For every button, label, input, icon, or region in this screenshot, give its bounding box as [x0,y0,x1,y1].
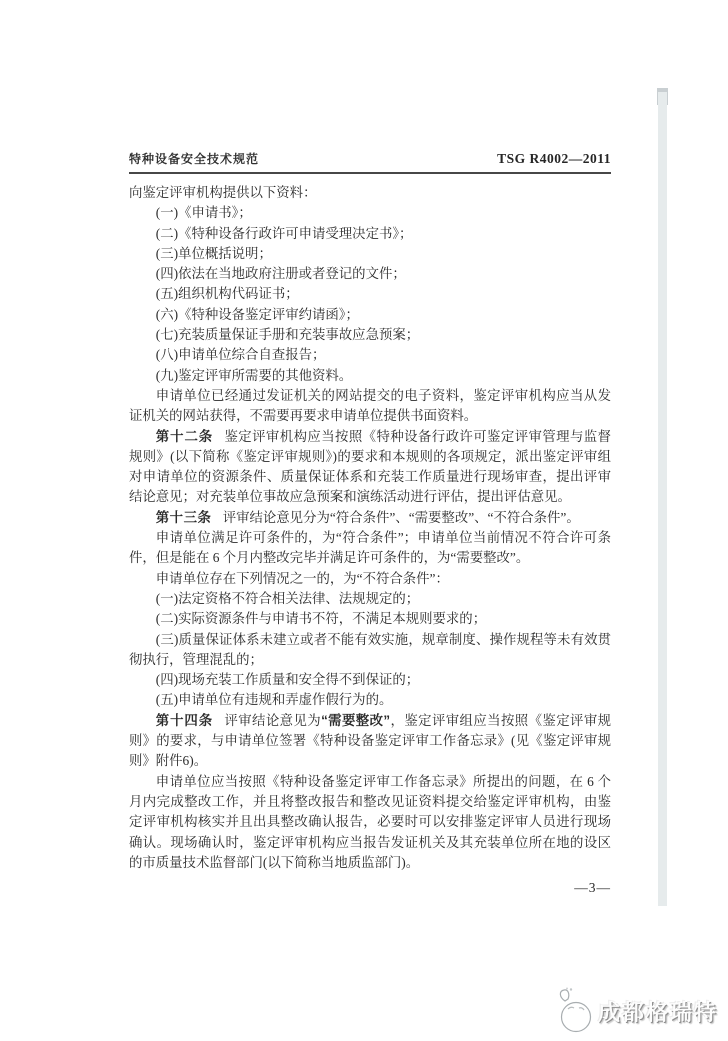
header-rule [129,172,611,174]
list-item: (九)鉴定评审所需要的其他资料。 [129,366,611,386]
header-code: TSG R4002—2011 [497,151,611,167]
document-body: 向鉴定评审机构提供以下资料： (一)《申请书》； (二)《特种设备行政许可申请受… [129,183,611,898]
document-page: 特种设备安全技术规范 TSG R4002—2011 向鉴定评审机构提供以下资料：… [129,150,611,898]
list-item: (四)依法在当地政府注册或者登记的文件； [129,264,611,284]
panda-mascot-icon [555,987,593,1035]
list-item: (二)实际资源条件与申请书不符，不满足本规则要求的； [129,609,611,629]
article-14: 第十四条评审结论意见为“需要整改”，鉴定评审组应当按照《鉴定评审规则》的要求，与… [129,711,611,772]
article-14-lead: 第十四条 [156,713,213,728]
scanned-document-page: { "document": { "header": { "left": "特种设… [0,0,728,1041]
article-12-lead: 第十二条 [156,429,213,444]
list-item: (七)充装质量保证手册和充装事故应急预案； [129,325,611,345]
article-14-text-before: 评审结论意见为 [224,713,321,728]
page-header: 特种设备安全技术规范 TSG R4002—2011 [129,150,611,167]
intro-line: 向鉴定评审机构提供以下资料： [129,183,611,203]
header-title: 特种设备安全技术规范 [129,150,259,167]
paragraph-meet: 申请单位满足许可条件的，为“符合条件”；申请单位当前情况不符合许可条件，但是能在… [129,528,611,569]
paragraph-notmeet-intro: 申请单位存在下列情况之一的，为“不符合条件”： [129,569,611,589]
article-13-text: 评审结论意见分为“符合条件”、“需要整改”、“不符合条件”。 [223,510,580,525]
list-item: (三)单位概括说明； [129,244,611,264]
paragraph-electronic: 申请单位已经通过发证机关的网站提交的电子资料，鉴定评审机构应当从发证机关的网站获… [129,386,611,427]
page-edge-shadow [658,92,667,906]
list-item: (二)《特种设备行政许可申请受理决定书》； [129,224,611,244]
list-item: (四)现场充装工作质量和安全得不到保证的； [129,670,611,690]
article-13-lead: 第十三条 [156,510,212,525]
list-item: (五)申请单位有违规和弄虚作假行为的。 [129,690,611,710]
watermark-text: 成都格瑞特 [598,996,718,1027]
publisher-watermark: 成都格瑞特 [555,987,718,1035]
list-item: (六)《特种设备鉴定评审约请函》； [129,305,611,325]
list-item: (八)申请单位综合自查报告； [129,345,611,365]
list-item: (一)法定资格不符合相关法律、法规规定的； [129,589,611,609]
article-12: 第十二条鉴定评审机构应当按照《特种设备行政许可鉴定评审管理与监督规则》(以下简称… [129,427,611,508]
paragraph-rectify: 申请单位应当按照《特种设备鉴定评审工作备忘录》所提出的问题，在 6 个月内完成整… [129,772,611,873]
list-item: (五)组织机构代码证书； [129,284,611,304]
article-13: 第十三条评审结论意见分为“符合条件”、“需要整改”、“不符合条件”。 [129,508,611,528]
list-item: (一)《申请书》； [129,203,611,223]
list-item: (三)质量保证体系未建立或者不能有效实施，规章制度、操作规程等未有效贯彻执行，管… [129,630,611,671]
page-number: —3— [129,878,611,898]
article-14-term: “需要整改” [321,713,390,728]
